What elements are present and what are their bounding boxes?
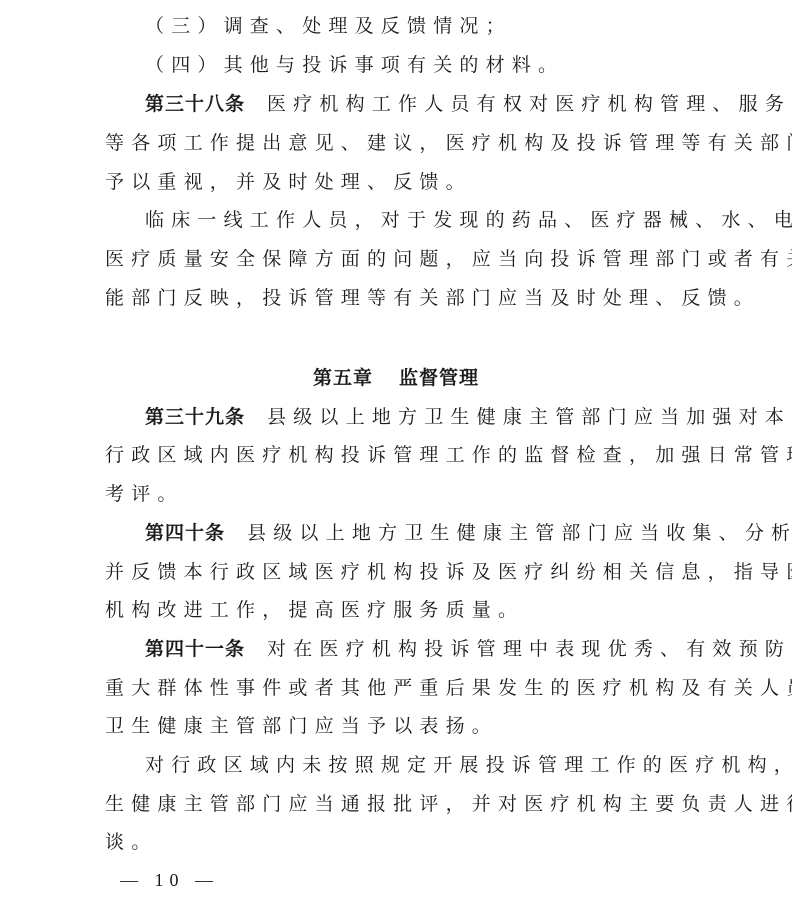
list-item-4: （四）其他与投诉事项有关的材料。 [145, 53, 690, 77]
article-41-text: 对在医疗机构投诉管理中表现优秀、有效预防 [267, 638, 791, 660]
article-38-para2-line1: 临床一线工作人员，对于发现的药品、医疗器械、水、电、气等 [145, 208, 690, 232]
list-item-3: （三）调查、处理及反馈情况； [145, 14, 690, 38]
article-39-label: 第三十九条 [145, 406, 245, 428]
article-39-text: 县级以上地方卫生健康主管部门应当加强对本 [267, 406, 791, 428]
article-39-line1: 第三十九条县级以上地方卫生健康主管部门应当加强对本 [145, 405, 690, 429]
article-39-line2: 行政区域内医疗机构投诉管理工作的监督检查，加强日常管理和 [105, 443, 690, 467]
article-38-para2-line2: 医疗质量安全保障方面的问题，应当向投诉管理部门或者有关职 [105, 247, 690, 271]
article-41-line1: 第四十一条对在医疗机构投诉管理中表现优秀、有效预防 [145, 637, 690, 661]
article-39-line3: 考评。 [105, 482, 690, 506]
chapter-heading: 第五章监督管理 [0, 366, 792, 390]
article-38-line1: 第三十八条医疗机构工作人员有权对医疗机构管理、服务 [145, 92, 690, 116]
article-41-line3: 卫生健康主管部门应当予以表扬。 [105, 714, 690, 738]
article-38-label: 第三十八条 [145, 93, 245, 115]
article-41-para2-line1: 对行政区域内未按照规定开展投诉管理工作的医疗机构，卫 [145, 753, 690, 777]
article-40-text: 县级以上地方卫生健康主管部门应当收集、分析 [247, 522, 792, 544]
article-40-line2: 并反馈本行政区域医疗机构投诉及医疗纠纷相关信息，指导医疗 [105, 560, 690, 584]
chapter-number: 第五章 [313, 367, 373, 389]
article-40-line1: 第四十条县级以上地方卫生健康主管部门应当收集、分析 [145, 521, 690, 545]
article-38-para2-line3: 能部门反映，投诉管理等有关部门应当及时处理、反馈。 [105, 286, 690, 310]
article-41-para2-line3: 谈。 [105, 830, 690, 854]
article-41-line2: 重大群体性事件或者其他严重后果发生的医疗机构及有关人员， [105, 676, 690, 700]
document-page: （三）调查、处理及反馈情况； （四）其他与投诉事项有关的材料。 第三十八条医疗机… [0, 0, 792, 913]
article-41-label: 第四十一条 [145, 638, 245, 660]
chapter-title: 监督管理 [399, 367, 479, 389]
article-40-label: 第四十条 [145, 522, 225, 544]
article-38-text: 医疗机构工作人员有权对医疗机构管理、服务 [267, 93, 791, 115]
article-38-line3: 予以重视，并及时处理、反馈。 [105, 170, 690, 194]
page-number: — 10 — [120, 870, 219, 891]
article-41-para2-line2: 生健康主管部门应当通报批评，并对医疗机构主要负责人进行约 [105, 792, 690, 816]
article-40-line3: 机构改进工作，提高医疗服务质量。 [105, 598, 690, 622]
article-38-line2: 等各项工作提出意见、建议，医疗机构及投诉管理等有关部门应当 [105, 131, 690, 155]
